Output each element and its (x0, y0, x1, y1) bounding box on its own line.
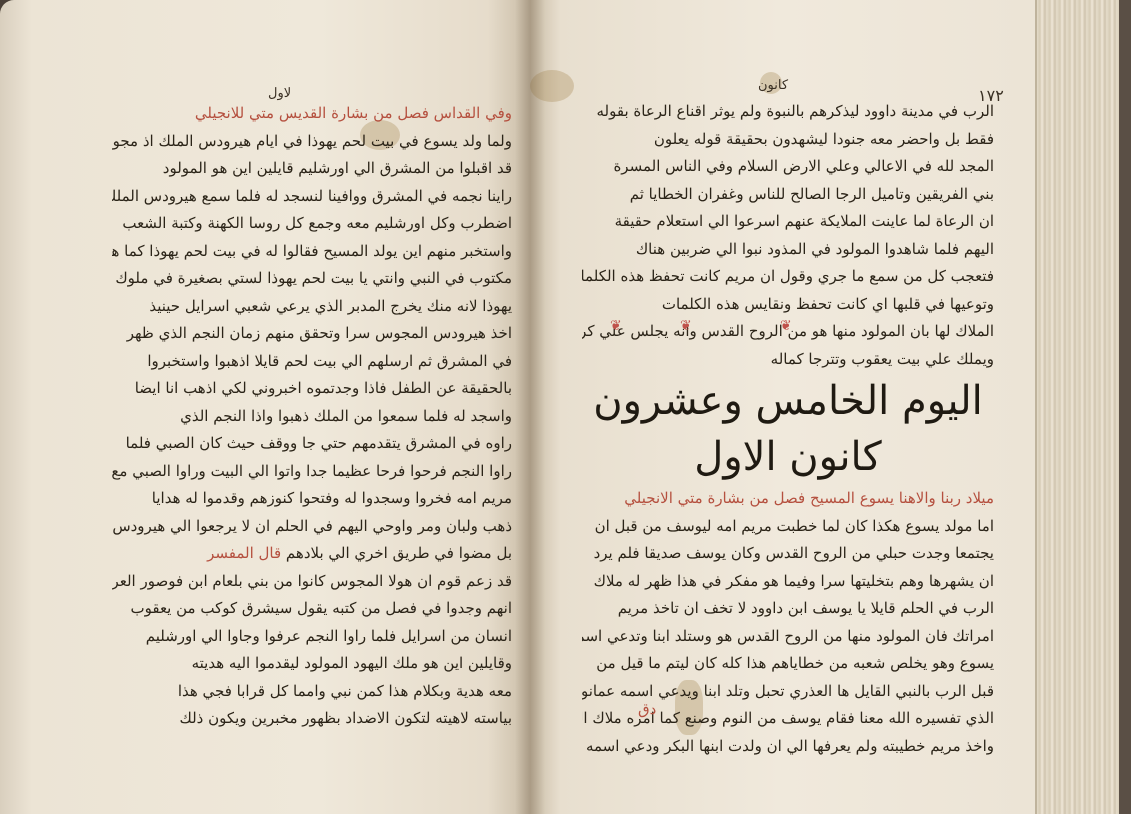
text-line: وتوعيها في قلبها اي كانت تحفظ ونقايس هذه… (582, 291, 994, 319)
text-line: اخذ هيرودس المجوس سرا وتحقق منهم زمان ال… (112, 320, 512, 348)
text-line: فتعجب كل من سمع ما جري وقول ان مريم كانت… (582, 263, 994, 291)
catchword: دق (638, 700, 656, 718)
text-line: بياسته لاهيته لتكون الاضداد بظهور مخبرين… (112, 705, 512, 733)
text-line: واستخبر منهم اين يولد المسيح فقالوا له ف… (112, 238, 512, 266)
text-line: امراتك فان المولود منها من الروح القدس ه… (582, 623, 994, 651)
text-line: الرب في الحلم قايلا يا يوسف ابن داوود لا… (582, 595, 994, 623)
text-fragment: بل مضوا في طريق اخري الي بلادهم (286, 544, 512, 562)
text-line: مكتوب في النبي وانتي يا بيت لحم يهوذا لس… (112, 265, 512, 293)
commentary-label: قال المفسر (207, 544, 281, 562)
text-line: اما مولد يسوع هكذا كان لما خطبت مريم امه… (582, 513, 994, 541)
ornament-icon: ❦ (680, 318, 692, 334)
text-line: يجتمعا وجدت حبلي من الروح القدس وكان يوس… (582, 540, 994, 568)
text-line: قد زعم قوم ان هولا المجوس كانوا من بني ب… (112, 568, 512, 596)
gutter (515, 0, 545, 814)
text-line: المجد لله في الاعالي وعلي الارض السلام و… (582, 153, 994, 181)
text-line: انسان من اسرايل فلما راوا النجم عرفوا وج… (112, 623, 512, 651)
text-line: يسوع وهو يخلص شعبه من خطاياهم هذا كله كا… (582, 650, 994, 678)
text-line: مريم امه فخروا وسجدوا له وفتحوا كنوزهم و… (112, 485, 512, 513)
text-line: بالحقيقة عن الطفل فاذا وجدتموه اخبروني ل… (112, 375, 512, 403)
text-line: وقايلين اين هو ملك اليهود المولود ليقدمو… (112, 650, 512, 678)
text-line: يهوذا لانه منك يخرج المدبر الذي يرعي شعب… (112, 293, 512, 321)
right-page: كانون ١٧٢ الرب في مدينة داوود ليذكرهم با… (530, 0, 1035, 814)
text-line: ولما ولد يسوع في بيت لحم يهوذا في ايام ه… (112, 128, 512, 156)
section-heading: ميلاد ربنا والاهنا يسوع المسيح فصل من بش… (582, 485, 994, 513)
text-line: ان يشهرها وهم بتخليتها سرا وفيما هو مفكر… (582, 568, 994, 596)
feast-title: اليوم الخامس وعشرون كانون الاول (582, 373, 994, 485)
ornament-icon: ❦ (610, 318, 622, 334)
text-line: ذهب ولبان ومر واوحي اليهم في الحلم ان لا… (112, 513, 512, 541)
text-line: واسجد له فلما سمعوا من الملك ذهبوا واذا … (112, 403, 512, 431)
left-text-block: وفي القداس فصل من بشارة القديس متي للانج… (112, 100, 512, 733)
text-line: انهم وجدوا في فصل من كتبه يقول سيشرق كوك… (112, 595, 512, 623)
open-manuscript: لاول وفي القداس فصل من بشارة القديس متي … (0, 0, 1131, 814)
page-edges (1035, 0, 1131, 814)
text-line: راينا نجمه في المشرق ووافينا لنسجد له فل… (112, 183, 512, 211)
ornament-icon: ❦ (780, 318, 792, 334)
text-line: قد اقبلوا من المشرق الي اورشليم قايلين ا… (112, 155, 512, 183)
running-head: كانون (758, 78, 788, 93)
text-line: اليهم فلما شاهدوا المولود في المذود نبوا… (582, 236, 994, 264)
text-line: الرب في مدينة داوود ليذكرهم بالنبوة ولم … (582, 98, 994, 126)
text-line: فقط بل واحضر معه جنودا ليشهدون بحقيقة قو… (582, 126, 994, 154)
text-line: بني الفريقين وتاميل الرجا الصالح للناس و… (582, 181, 994, 209)
text-line: ان الرعاة لما عاينت الملايكة عنهم اسرعوا… (582, 208, 994, 236)
text-line: معه هدية وبكلام هذا كمن نبي وامما كل قرا… (112, 678, 512, 706)
text-line: اضطرب وكل اورشليم معه وجمع كل روسا الكهن… (112, 210, 512, 238)
text-line: واخذ مريم خطيبته ولم يعرفها الي ان ولدت … (582, 733, 994, 761)
section-heading: وفي القداس فصل من بشارة القديس متي للانج… (112, 100, 512, 128)
running-head: لاول (268, 86, 291, 101)
text-line: ويملك علي بيت يعقوب وتترجا كماله (582, 346, 994, 374)
text-line: بل مضوا في طريق اخري الي بلادهم قال المف… (112, 540, 512, 568)
right-text-block: الرب في مدينة داوود ليذكرهم بالنبوة ولم … (582, 98, 994, 760)
text-line: راوه في المشرق يتقدمهم حتي جا ووقف حيث ك… (112, 430, 512, 458)
left-page: لاول وفي القداس فصل من بشارة القديس متي … (0, 0, 530, 814)
text-line: راوا النجم فرحوا فرحا عظيما جدا واتوا ال… (112, 458, 512, 486)
text-line: في المشرق ثم ارسلهم الي بيت لحم قايلا اذ… (112, 348, 512, 376)
